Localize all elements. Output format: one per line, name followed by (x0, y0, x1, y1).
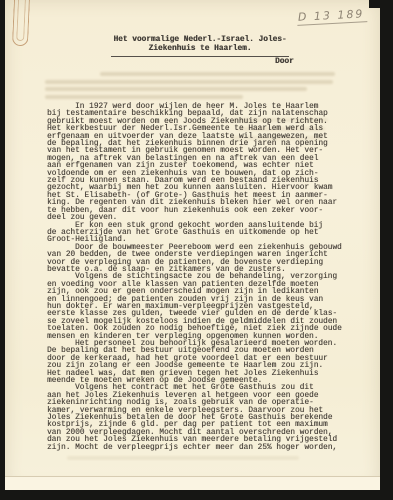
paragraph: Volgens het contract met het Grote Gasth… (47, 385, 359, 452)
document-body: In 1927 werd door wijlen de heer M. Jole… (47, 104, 359, 452)
document-title: Het voormalige Nederl.-Israel. Joles- Zi… (111, 36, 289, 57)
ink-bleedthrough (45, 87, 307, 91)
archive-code-handwritten: D 13 189 (297, 7, 368, 26)
byline-door: Door (275, 58, 294, 66)
paragraph: In 1927 werd door wijlen de heer M. Jole… (47, 104, 359, 223)
paragraph: Er kon een stuk grond gekocht worden aan… (47, 223, 359, 245)
paragraph: Volgens de stichtingsacte zou de behande… (47, 274, 359, 341)
scan-corner-notch (369, 0, 393, 8)
ink-bleedthrough (67, 456, 299, 460)
ink-bleedthrough (45, 95, 243, 99)
paragraph: Het personeel zou behoorlijk gesalarieer… (47, 341, 359, 385)
paragraph: Door de bouwmeester Peereboom werd een z… (47, 245, 359, 275)
document-title-line2: Ziekenhuis te Haarlem. (111, 45, 289, 54)
document-page: D 13 189 Het voormalige Nederl.-Israel. … (5, 0, 380, 490)
ink-bleedthrough (100, 72, 335, 76)
paperclip-rust-stain (12, 0, 30, 46)
page-bottom-edge (5, 476, 380, 490)
ink-bleedthrough (45, 80, 333, 84)
document-title-line1: Het voormalige Nederl.-Israel. Joles- (111, 36, 289, 45)
scanned-document-view: D 13 189 Het voormalige Nederl.-Israel. … (0, 0, 393, 500)
